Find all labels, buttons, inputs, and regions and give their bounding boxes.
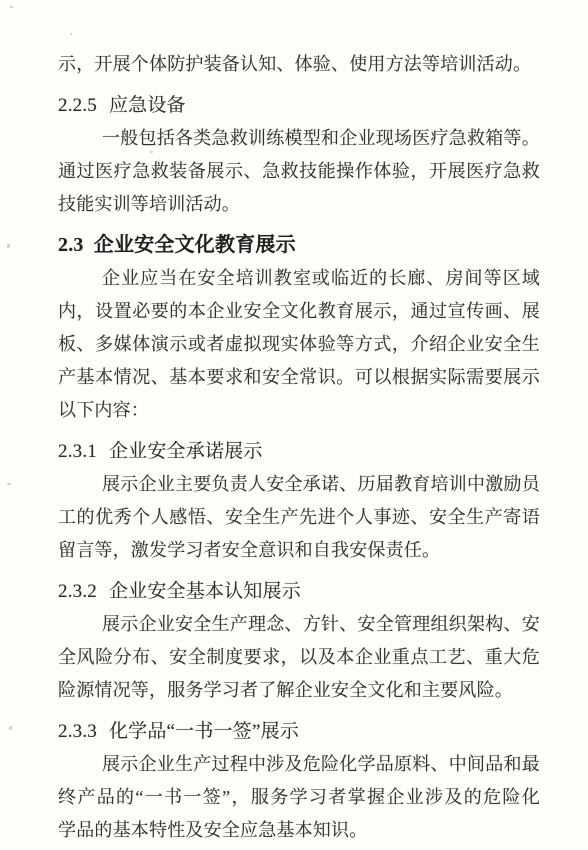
text-line: 留言等，激发学习者安全意识和自我安保责任。 — [58, 534, 540, 567]
text-line: 工的优秀个人感悟、安全生产先进个人事迹、安全生产寄语 — [58, 501, 540, 534]
text-line: 展示企业生产过程中涉及危险化学品原料、中间品和最 — [58, 748, 540, 781]
text-line: 技能实训等培训活动。 — [58, 188, 540, 221]
text-line: 学品的基本特性及安全应急基本知识。 — [58, 814, 540, 847]
scan-speck — [150, 151, 153, 153]
text-line: 内，设置必要的本企业安全文化教育展示，通过宣传画、展 — [58, 295, 540, 328]
text-line: 展示企业主要负责人安全承诺、历届教育培训中激励员 — [58, 468, 540, 501]
text-line: 一般包括各类急救训练模型和企业现场医疗急救箱等。 — [58, 122, 540, 155]
text-line: 通过医疗急救装备展示、急救技能操作体验，开展医疗急救 — [58, 155, 540, 188]
text-line: 示，开展个体防护装备认知、体验、使用方法等培训活动。 — [58, 48, 540, 81]
section-heading: 2.3.1 企业安全承诺展示 — [58, 435, 540, 468]
section-heading: 2.3.3 化学品“一书一签”展示 — [58, 715, 540, 748]
scan-speck — [7, 483, 11, 485]
text-line: 以下内容： — [58, 394, 540, 427]
text-line: 全风险分布、安全制度要求，以及本企业重点工艺、重大危 — [58, 641, 540, 674]
scan-speck — [10, 6, 13, 8]
scan-speck — [8, 726, 13, 731]
text-line: 终产品的“一书一签”，服务学习者掌握企业涉及的危险化 — [58, 781, 540, 814]
text-line: 板、多媒体演示或者虚拟现实体验等方式，介绍企业安全生 — [58, 328, 540, 361]
text-line: 展示企业安全生产理念、方针、安全管理组织架构、安 — [58, 608, 540, 641]
section-heading: 2.2.5 应急设备 — [58, 89, 540, 122]
section-heading: 2.3 企业安全文化教育展示 — [58, 229, 540, 262]
scan-speck — [6, 244, 10, 249]
scan-speck — [70, 33, 72, 35]
section-heading: 2.3.2 企业安全基本认知展示 — [58, 575, 540, 608]
text-line: 企业应当在安全培训教室或临近的长廊、房间等区域 — [58, 262, 540, 295]
document-page: 示，开展个体防护装备认知、体验、使用方法等培训活动。2.2.5 应急设备一般包括… — [0, 0, 588, 850]
document-content: 示，开展个体防护装备认知、体验、使用方法等培训活动。2.2.5 应急设备一般包括… — [58, 48, 540, 847]
text-line: 险源情况等，服务学习者了解企业安全文化和主要风险。 — [58, 674, 540, 707]
text-line: 产基本情况、基本要求和安全常识。可以根据实际需要展示 — [58, 361, 540, 394]
